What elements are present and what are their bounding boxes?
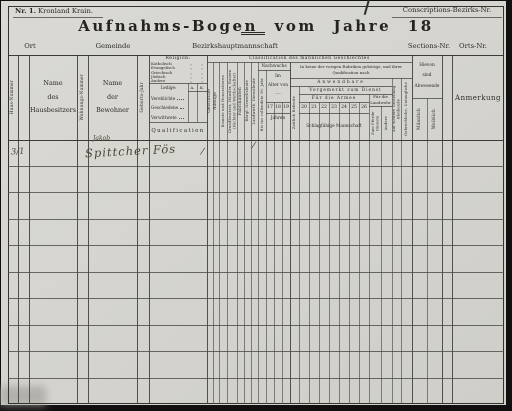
grid-line-h <box>8 166 504 167</box>
handwritten-name-top: Jakob <box>93 135 110 142</box>
age-cell: 24 <box>339 102 349 113</box>
age-cell: 23 <box>329 102 339 113</box>
grid-line-h <box>8 245 504 246</box>
ort-label: Ort <box>18 42 42 50</box>
stand-title: Ledige: <box>149 83 188 91</box>
col-bis-16-jahr: Bis ins vollendete 16. Jahr <box>258 70 266 140</box>
grid-line-h <box>8 272 504 273</box>
col-maennlich: Männlich <box>412 98 427 140</box>
col-andere: Andere <box>381 106 392 140</box>
qualification-label: Qualification <box>149 122 207 140</box>
classification-title: Classification des männlichen Geschlecht… <box>207 55 412 62</box>
nachwuchs-title: Nachwuchs <box>258 62 290 70</box>
anmerkung-label: Anmerkung <box>452 55 504 140</box>
grid-line-v <box>427 98 428 404</box>
abwesende-title: Hievon sind Abwesende <box>412 55 442 98</box>
col-wohnungs-nummer: Wohnungs-Nummer <box>77 55 88 140</box>
anwendbare-label: Anwendbare <box>290 78 392 86</box>
col-hausbesitzer: Name des Hausbesitzers <box>29 55 77 140</box>
grid-line-h <box>8 140 504 141</box>
grid-line-h <box>8 219 504 220</box>
grid-line-h <box>8 378 504 379</box>
conscription-district-label: Conscriptions-Bezirks-Nr. <box>392 6 502 14</box>
bezirkshauptmannschaft-label: Bezirkshauptmannschaft <box>185 42 285 50</box>
form-number: Nr. 1. <box>15 7 36 15</box>
grid-line-v <box>319 102 320 404</box>
age-cell: 20 <box>299 102 309 113</box>
grid-line-h <box>8 298 504 299</box>
age-cell: 18 <box>274 102 282 113</box>
crownland-label: Kronland Krain. <box>38 7 93 15</box>
col-gewerbsleute: Bürgl. Gewerbsleute <box>244 62 251 140</box>
title-underline <box>241 32 265 35</box>
stand-col-a: A. <box>188 83 197 91</box>
col-weitere-gestellung: Auf weitere Gestellung Bleibende <box>392 78 401 140</box>
stand-col-k: K. <box>197 83 207 91</box>
wohnungs-nummer-label: Wohnungs-Nummer <box>80 74 86 120</box>
col-haus-nummer: Haus-Nummer <box>8 55 18 140</box>
armee-label: Für die Armee <box>299 94 369 102</box>
grid-line-v <box>282 102 283 404</box>
age-cell: 22 <box>319 102 329 113</box>
grid-line-v <box>359 102 360 404</box>
jahren-label: Jahren <box>266 113 290 125</box>
age-cell: 26 <box>359 102 369 113</box>
grid-line-h <box>188 91 207 92</box>
inkeine-title: In keine der vorigen Rubriken gehörige, … <box>290 62 412 78</box>
geburts-jahr-label: Geburts-Jahr <box>140 82 146 112</box>
col-weiblich: Weiblich <box>427 98 442 140</box>
grid-line-v <box>329 102 330 404</box>
col-pferde-dienste: Zum Pferde-Dienste <box>369 106 381 140</box>
stand-row: Verehlichte <box>149 91 188 101</box>
grid-line-v <box>274 102 275 404</box>
age-cell: 19 <box>282 102 290 113</box>
grid-line-v <box>309 102 310 404</box>
handwritten-house-number: 3/1 <box>11 147 25 158</box>
col-zeitlich-befreite: Zeitlich Befreite <box>290 86 299 140</box>
stand-row: Geschiedene <box>149 101 188 111</box>
age-cell: 21 <box>309 102 319 113</box>
stand-row: Verwittwete <box>149 110 188 120</box>
col-geburts-jahr: Geburts-Jahr <box>137 55 149 140</box>
grid-line-v <box>381 106 382 404</box>
col-dienstleute: Landwirth. Dienstleute <box>251 62 258 140</box>
col-bewohner: Name der Bewohner <box>88 55 137 140</box>
religion-box: Religion: Katholisch„„ Evangelisch„„ Gri… <box>149 55 207 83</box>
col-gebrechliche: Gebrechliche, Untaugliche <box>401 78 412 140</box>
scanned-census-form: Nr. 1. Kronland Krain. Conscriptions-Bez… <box>0 0 512 411</box>
haus-nummer-label: Haus-Nummer <box>10 80 16 114</box>
col-beamte: Beamte und Honoratioren <box>219 62 227 140</box>
grid-line-h <box>8 351 504 352</box>
landwehr-label: Für die Landwehr <box>369 94 392 106</box>
col-grundbesitzer: Grundbesitzer, Häusler, Bauern (Pächter … <box>227 62 237 140</box>
stand-rows: Verehlichte Geschiedene Verwittwete <box>149 91 188 122</box>
gemeinde-label: Gemeinde <box>83 42 143 50</box>
col-fabrikanten: Fabrikanten <box>237 62 244 140</box>
vorgemerkt-label: Vorgemerkt zum Dienst <box>299 86 392 94</box>
age-cell: 17 <box>266 102 274 113</box>
grid-line-v <box>339 102 340 404</box>
age-cell: 25 <box>349 102 359 113</box>
grid-line-h <box>8 192 504 193</box>
nachwuchs-alter-label: Im Alter von .... <box>266 70 290 102</box>
grid-line-h <box>8 325 504 326</box>
orts-nr-label: Orts-Nr. <box>448 42 498 50</box>
mannschaft-label: Schlagfähige Mannschaft <box>299 113 369 140</box>
grid-line-v <box>349 102 350 404</box>
